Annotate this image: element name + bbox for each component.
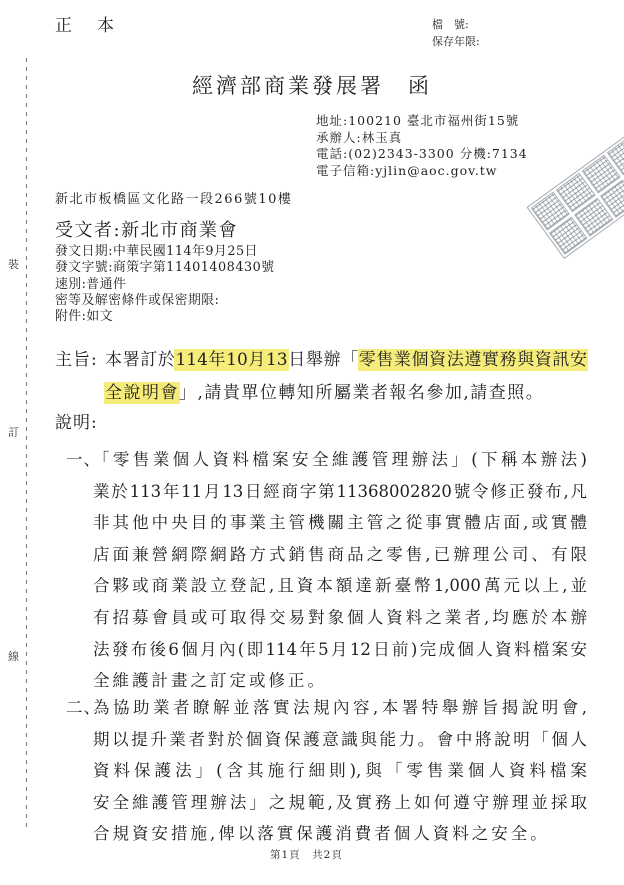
body-line: 法發布後6個月內(即114年5月12日前)完成個人資料檔案安: [93, 636, 587, 668]
recipient-name: 受文者:新北市商業會: [55, 216, 238, 242]
body-line: 非其他中央目的事業主管機關主管之從事實體店面,或實體: [93, 509, 587, 541]
explanation-item-1: 「零售業個人資料檔案安全維護管理辦法」(下稱本辦法) 業於113年11月13日經…: [93, 446, 587, 699]
agency-address: 地址:100210 臺北市福州街15號: [316, 113, 528, 130]
body-line: 為協助業者瞭解並落實法規內容,本署特舉辦旨揭說明會,: [93, 694, 587, 726]
file-number-label: 檔 號:: [432, 16, 480, 33]
agency-contact-block: 地址:100210 臺北市福州街15號 承辦人:林玉真 電話:(02)2343-…: [316, 113, 528, 179]
body-line: 合夥或商業設立登記,且資本額達新臺幣1,000萬元以上,並: [93, 572, 587, 604]
explanation-item-2: 為協助業者瞭解並落實法規內容,本署特舉辦旨揭說明會, 期以提升業者對於個資保護意…: [93, 694, 587, 852]
binding-mark-ding: 訂: [8, 424, 19, 440]
binding-dashed-line: [26, 58, 27, 832]
subject-line-2: 全說明會」,請貴單位轉知所屬業者報名參加,請查照。: [105, 378, 544, 403]
copy-type-label: 正 本: [55, 11, 118, 36]
highlighted-event-name: 零售業個資法遵實務與資訊安: [359, 350, 587, 370]
binding-mark-zhuang: 裝: [8, 256, 19, 272]
body-line: 「零售業個人資料檔案安全維護管理辦法」(下稱本辦法): [93, 446, 587, 478]
body-line: 有招募會員或可取得交易對象個人資料之業者,均應於本辦: [93, 604, 587, 636]
issue-date: 發文日期:中華民國114年9月25日: [55, 244, 275, 260]
subject-label: 主旨:: [55, 345, 98, 370]
subject-text: 本署訂於: [105, 350, 175, 370]
receipt-stamp-icon: [527, 132, 624, 259]
recipient-mailing-address: 新北市板橋區文化路一段266號10樓: [55, 188, 292, 207]
subject-text: 日舉辦「: [288, 350, 359, 370]
security-classification: 密等及解密條件或保密期限:: [55, 293, 275, 309]
contact-phone: 電話:(02)2343-3300 分機:7134: [316, 146, 528, 163]
binding-mark-xian: 線: [8, 648, 19, 664]
body-line: 業於113年11月13日經商字第11368002820號令修正發布,凡: [93, 478, 587, 510]
retention-period-label: 保存年限:: [432, 33, 480, 50]
body-line: 資料保護法」(含其施行細則),與「零售業個人資料檔案: [93, 757, 587, 789]
body-line: 店面兼營網際網路方式銷售商品之零售,已辦理公司、有限: [93, 541, 587, 573]
contact-person: 承辦人:林玉真: [316, 130, 528, 147]
page-number-footer: 第1頁 共2頁: [270, 847, 343, 862]
file-meta-block: 檔 號: 保存年限:: [432, 16, 480, 50]
document-number: 發文字號:商策字第11401408430號: [55, 260, 275, 276]
document-meta-block: 發文日期:中華民國114年9月25日 發文字號:商策字第11401408430號…: [55, 244, 275, 325]
delivery-speed: 速別:普通件: [55, 277, 275, 293]
scanned-official-letter-page: 裝 訂 線 正 本 檔 號: 保存年限: 經濟部商業發展署 函 地址:10021…: [0, 0, 624, 885]
subject-text: 」,請貴單位轉知所屬業者報名參加,請查照。: [179, 383, 544, 403]
explanation-label: 說明:: [55, 408, 98, 433]
subject-line-1: 本署訂於114年10月13日舉辦「零售業個資法遵實務與資訊安: [105, 345, 587, 370]
highlighted-event-name-cont: 全說明會: [105, 383, 179, 403]
attachment-note: 附件:如文: [55, 309, 275, 325]
contact-email: 電子信箱:yjlin@aoc.gov.tw: [316, 163, 528, 180]
body-line: 期以提升業者對於個資保護意識與能力。會中將說明「個人: [93, 726, 587, 758]
body-line: 安全維護管理辦法」之規範,及實務上如何遵守辦理並採取: [93, 789, 587, 821]
highlighted-date: 114年10月13: [175, 350, 287, 370]
document-title: 經濟部商業發展署 函: [0, 70, 624, 100]
